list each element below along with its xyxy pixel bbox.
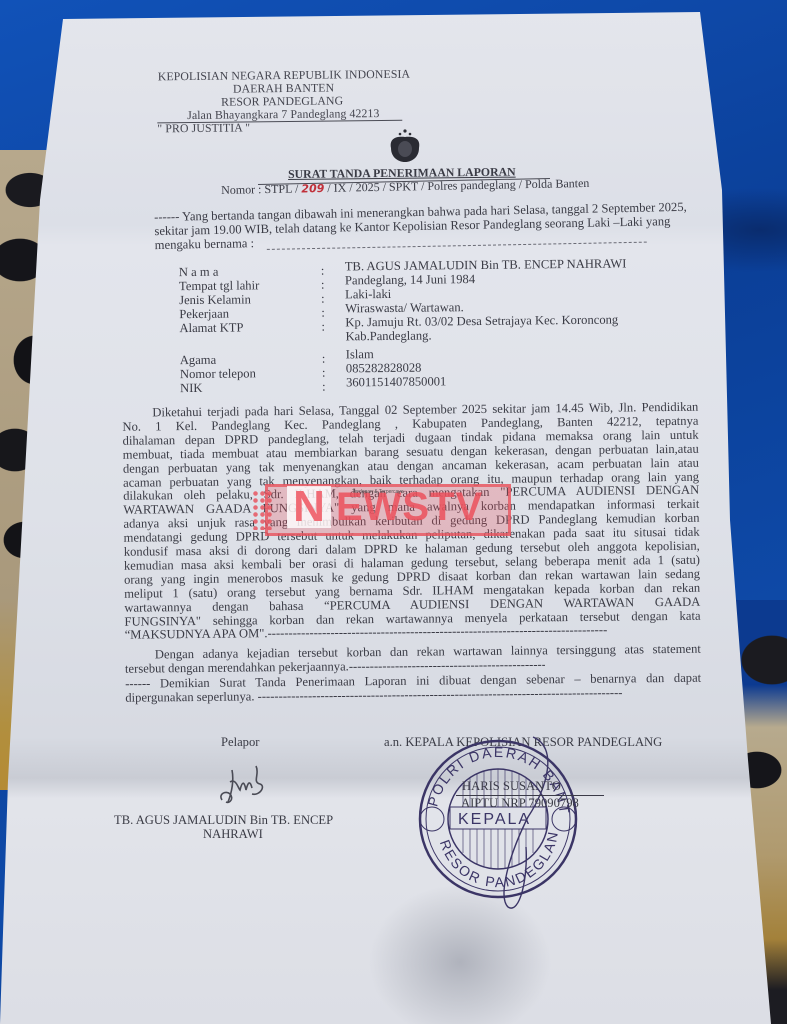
field-label: Nomor telepon [180,367,256,381]
field-label: Pekerjaan [179,308,229,322]
field-value-continued: Kab.Pandeglang. [345,329,431,343]
reporter-role: Pelapor [221,736,259,750]
watermark-tagline: Terdepan & Terpercaya [352,486,404,500]
field-value: TB. AGUS JAMALUDIN Bin TB. ENCEP NAHRAWI [345,257,627,274]
field-value: Pandeglang, 14 Juni 1984 [345,273,475,288]
field-value: Laki-laki [345,288,391,302]
field-colon: : [322,353,326,367]
intro-line3: mengaku bernama : [155,237,255,252]
field-colon: : [322,367,326,381]
number-handwritten: 209 [301,182,324,195]
official-name: HARIS SUSANTO [462,780,561,794]
field-value: Kp. Jamuju Rt. 03/02 Desa Setrajaya Kec.… [345,314,618,330]
field-colon: : [321,321,325,335]
police-stamp-icon: POLRI DAERAH BANTEN RESOR PANDEGLANG KEP… [408,727,588,912]
field-label: N a m a [179,266,219,280]
reporter-name-line2: NAHRAWI [203,828,263,842]
svg-text:KEPALA: KEPALA [458,811,531,828]
field-colon: : [321,279,325,293]
field-colon: : [321,265,325,279]
pro-justitia: " PRO JUSTITIA " [157,121,250,136]
field-label: Jenis Kelamin [179,293,251,307]
field-value: 3601151407850001 [346,375,446,390]
field-colon: : [322,381,326,395]
reporter-name-line1: TB. AGUS JAMALUDIN Bin TB. ENCEP [114,814,333,828]
document-number: Nomor : STPL / 209 / IX / 2025 / SPKT / … [221,177,590,198]
intro-dash-line [267,242,647,250]
official-rank: AIPTU NRP 79090798 [461,797,579,811]
field-label: NIK [180,382,203,396]
reporter-signature [216,760,272,808]
field-colon: : [321,293,325,307]
field-colon: : [321,307,325,321]
field-label: Agama [180,354,217,368]
report-receipt-letter: KEPOLISIAN NEGARA REPUBLIK INDONESIA DAE… [0,0,787,1024]
number-prefix: Nomor : STPL / [221,182,298,197]
watermark-letter: N [287,486,331,528]
field-value: Islam [346,348,374,362]
field-label: Alamat KTP [179,321,243,335]
police-crest-icon [383,128,427,166]
